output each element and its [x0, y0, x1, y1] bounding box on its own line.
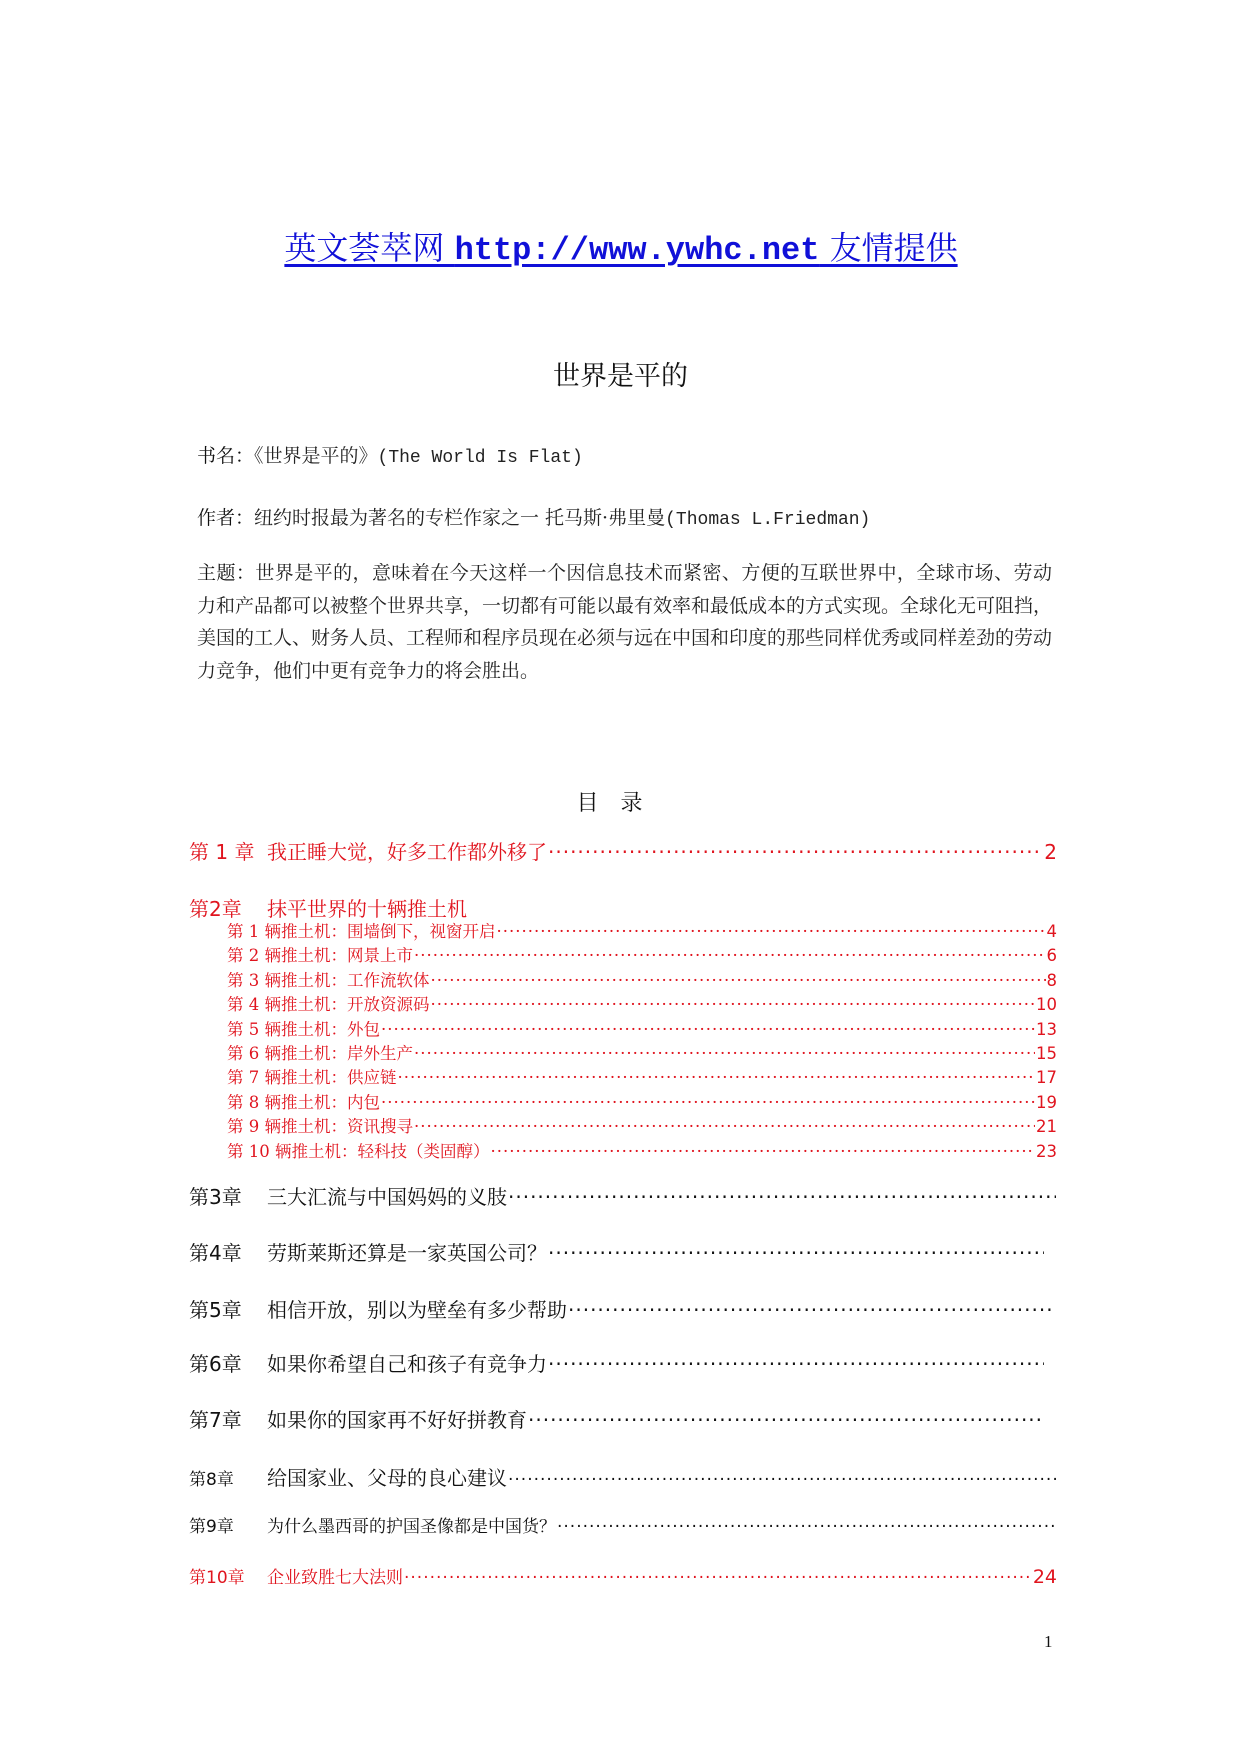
book-name-en: (The World Is Flat) — [378, 448, 583, 468]
banner-suffix: 友情提供 — [819, 229, 957, 267]
chapter-number: 第10章 — [189, 1566, 267, 1590]
author-line: 作者：纽约时报最为著名的专栏作家之一 托马斯·弗里曼(Thomas L.Frie… — [197, 506, 870, 532]
section-title: 供应链 — [347, 1066, 397, 1090]
dot-leader — [398, 1066, 1036, 1090]
chapter-title: 企业致胜七大法则 — [267, 1566, 403, 1590]
section-title: 岸外生产 — [347, 1042, 413, 1066]
page-ref: 15 — [1036, 1042, 1057, 1066]
document-title: 世界是平的 — [0, 360, 1241, 394]
toc-section[interactable]: 第 1 辆推土机：围墙倒下，视窗开启4 — [227, 920, 1057, 944]
chapter-title: 如果你希望自己和孩子有竞争力 — [267, 1351, 547, 1377]
author-label: 作者： — [197, 507, 254, 529]
dot-leader — [557, 1515, 1056, 1539]
dot-leader — [568, 1297, 1054, 1323]
chapter-number: 第4章 — [189, 1240, 267, 1266]
toc-chapter-9[interactable]: 第9章为什么墨西哥的护国圣像都是中国货？ — [189, 1515, 1057, 1539]
toc-chapter-8[interactable]: 第8章给国家业、父母的良心建议 — [189, 1466, 1057, 1492]
section-number: 第 6 辆推土机： — [227, 1042, 347, 1066]
toc-heading: 目录 — [0, 786, 1241, 817]
book-name-value: 《世界是平的》(The World Is Flat) — [254, 445, 583, 467]
section-number: 第 8 辆推土机： — [227, 1091, 347, 1115]
toc-chapter-2[interactable]: 第2章 抹平世界的十辆推土机 — [189, 896, 467, 922]
chapter-title: 为什么墨西哥的护国圣像都是中国货？ — [267, 1515, 556, 1539]
chapter-number: 第3章 — [189, 1184, 267, 1210]
page-ref: 8 — [1047, 969, 1058, 993]
toc-section[interactable]: 第 9 辆推土机： 资讯搜寻21 — [227, 1115, 1057, 1139]
dot-leader — [508, 1184, 1056, 1210]
page-ref: 2 — [1044, 839, 1057, 865]
section-title: 围墙倒下，视窗开启 — [347, 920, 496, 944]
page-ref: 6 — [1047, 944, 1058, 968]
chapter-number: 第9章 — [189, 1515, 267, 1539]
page-ref: 13 — [1036, 1018, 1057, 1042]
banner-url[interactable]: http://www.ywhc.net — [455, 232, 820, 269]
section-title: 外包 — [347, 1018, 380, 1042]
toc-chapter-6[interactable]: 第6章如果你希望自己和孩子有竞争力 — [189, 1351, 1045, 1377]
chapter-title: 三大汇流与中国妈妈的义肢 — [267, 1184, 507, 1210]
book-name-label: 书名： — [197, 445, 254, 467]
banner-prefix: 英文荟萃网 — [284, 229, 454, 267]
toc-section[interactable]: 第 4 辆推土机： 开放资源码10 — [227, 993, 1057, 1017]
section-number: 第 2 辆推土机： — [227, 944, 347, 968]
section-number: 第 1 辆推土机： — [227, 920, 347, 944]
section-title: 开放资源码 — [347, 993, 430, 1017]
page-ref: 23 — [1036, 1140, 1057, 1164]
page-ref: 21 — [1036, 1115, 1057, 1139]
section-title: 资讯搜寻 — [347, 1115, 413, 1139]
theme-label: 主题： — [197, 562, 255, 584]
dot-leader — [431, 969, 1046, 993]
page-ref: 17 — [1036, 1066, 1057, 1090]
book-name-line: 书名：《世界是平的》(The World Is Flat) — [197, 444, 583, 470]
dot-leader — [431, 993, 1036, 1017]
chapter-number: 第8章 — [189, 1468, 267, 1492]
toc-section[interactable]: 第 8 辆推土机： 内包19 — [227, 1091, 1057, 1115]
section-title: 轻科技（类固醇） — [358, 1140, 490, 1164]
page-number: 1 — [1044, 1632, 1053, 1652]
section-number: 第 7 辆推土机： — [227, 1066, 347, 1090]
author-value: 纽约时报最为著名的专栏作家之一 托马斯·弗里曼(Thomas L.Friedma… — [254, 507, 870, 529]
page-ref: 24 — [1033, 1565, 1057, 1589]
toc-section[interactable]: 第 6 辆推土机： 岸外生产15 — [227, 1042, 1057, 1066]
toc-chapter-3[interactable]: 第3章三大汇流与中国妈妈的义肢 — [189, 1184, 1057, 1210]
toc-chapter-5[interactable]: 第5章相信开放，别以为壁垒有多少帮助 — [189, 1297, 1055, 1323]
dot-leader — [414, 944, 1046, 968]
author-en: (Thomas L.Friedman) — [665, 510, 870, 530]
chapter-title: 如果你的国家再不好好拼教育 — [267, 1407, 527, 1433]
toc-chapter-1[interactable]: 第 1 章 我正睡大觉，好多工作都外移了 2 — [189, 839, 1057, 865]
toc-chapter-4[interactable]: 第4章劳斯莱斯还算是一家英国公司？ — [189, 1240, 1045, 1266]
chapter-title: 劳斯莱斯还算是一家英国公司？ — [267, 1240, 547, 1266]
chapter-number: 第5章 — [189, 1297, 267, 1323]
dot-leader — [548, 1240, 1044, 1266]
chapter-number: 第6章 — [189, 1351, 267, 1377]
section-number: 第 10 辆推土机： — [227, 1140, 358, 1164]
dot-leader — [404, 1566, 1032, 1590]
chapter-number: 第7章 — [189, 1407, 267, 1433]
chapter-title: 相信开放，别以为壁垒有多少帮助 — [267, 1297, 567, 1323]
theme-value: 世界是平的，意味着在今天这样一个因信息技术而紧密、方便的互联世界中，全球市场、劳… — [197, 562, 1052, 682]
page-ref: 10 — [1036, 993, 1057, 1017]
page-ref: 19 — [1036, 1091, 1057, 1115]
chapter-title: 抹平世界的十辆推土机 — [267, 896, 467, 922]
section-number: 第 9 辆推土机： — [227, 1115, 347, 1139]
toc-section[interactable]: 第 3 辆推土机：工作流软体8 — [227, 969, 1057, 993]
toc-section[interactable]: 第 10 辆推土机：轻科技（类固醇）23 — [227, 1140, 1057, 1164]
dot-leader — [414, 1042, 1035, 1066]
chapter-number: 第 1 章 — [189, 839, 267, 865]
dot-leader — [491, 1140, 1036, 1164]
chapter-title: 给国家业、父母的良心建议 — [267, 1466, 507, 1490]
dot-leader — [508, 1468, 1056, 1492]
book-name-cn: 《世界是平的》 — [254, 445, 378, 467]
theme-paragraph: 主题：世界是平的，意味着在今天这样一个因信息技术而紧密、方便的互联世界中，全球市… — [197, 557, 1052, 687]
section-title: 工作流软体 — [347, 969, 430, 993]
dot-leader — [381, 1091, 1035, 1115]
toc-chapter-10[interactable]: 第10章企业致胜七大法则24 — [189, 1565, 1057, 1590]
site-banner-link[interactable]: 英文荟萃网 http://www.ywhc.net 友情提供 — [263, 226, 979, 273]
toc-section[interactable]: 第 2 辆推土机：网景上市6 — [227, 944, 1057, 968]
section-number: 第 4 辆推土机： — [227, 993, 347, 1017]
section-title: 网景上市 — [347, 944, 413, 968]
page-ref: 4 — [1047, 920, 1058, 944]
author-cn: 纽约时报最为著名的专栏作家之一 托马斯·弗里曼 — [254, 507, 665, 529]
dot-leader — [497, 920, 1046, 944]
toc-chapter-7[interactable]: 第7章如果你的国家再不好好拼教育 — [189, 1407, 1042, 1433]
section-title: 内包 — [347, 1091, 380, 1115]
dot-leader — [548, 1351, 1044, 1377]
dot-leader — [381, 1018, 1035, 1042]
dot-leader — [414, 1115, 1035, 1139]
section-number: 第 3 辆推土机： — [227, 969, 347, 993]
chapter-title: 我正睡大觉，好多工作都外移了 — [267, 839, 547, 865]
toc-section[interactable]: 第 7 辆推土机： 供应链17 — [227, 1066, 1057, 1090]
dot-leader — [548, 839, 1043, 865]
chapter-number: 第2章 — [189, 896, 267, 922]
toc-section[interactable]: 第 5 辆推土机： 外包13 — [227, 1018, 1057, 1042]
section-number: 第 5 辆推土机： — [227, 1018, 347, 1042]
dot-leader — [528, 1407, 1041, 1433]
